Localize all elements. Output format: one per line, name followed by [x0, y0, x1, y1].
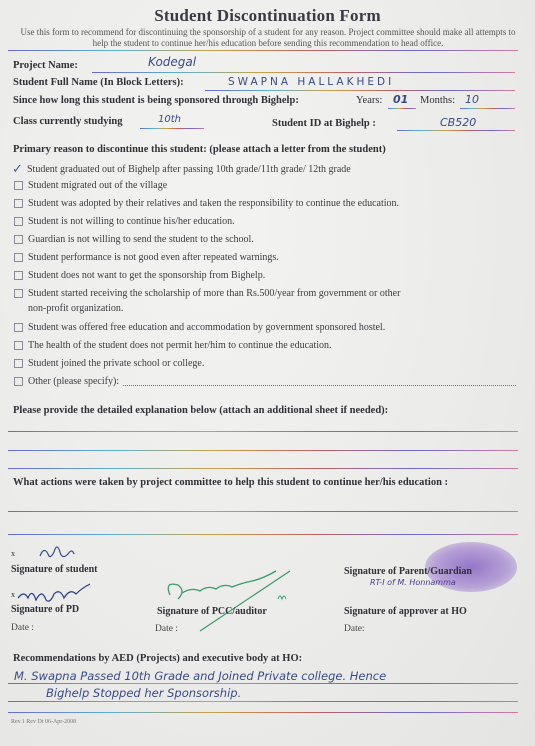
pcc-signature-scribble[interactable] — [160, 565, 295, 635]
reason-label: Student joined the private school or col… — [28, 358, 204, 369]
recommendations-line-1[interactable]: M. Swapna Passed 10th Grade and Joined P… — [14, 669, 386, 683]
reason-performance[interactable]: Student performance is not good even aft… — [14, 252, 279, 263]
underline — [8, 701, 518, 702]
reason-label: Student migrated out of the village — [28, 180, 167, 191]
checkbox[interactable] — [14, 359, 23, 368]
reason-hostel[interactable]: Student was offered free education and a… — [14, 322, 385, 333]
underline — [8, 683, 518, 684]
approver-signature-label: Signature of approver at HO — [344, 606, 467, 617]
checkbox[interactable] — [14, 323, 23, 332]
reasons-heading: Primary reason to discontinue this stude… — [13, 144, 386, 155]
recommendations-label: Recommendations by AED (Projects) and ex… — [13, 653, 302, 664]
actions-line[interactable] — [8, 511, 518, 512]
reason-not-willing[interactable]: Student is not willing to continue his/h… — [14, 216, 235, 227]
approver-date-label: Date: — [344, 624, 365, 634]
explanation-label: Please provide the detailed explanation … — [13, 405, 388, 416]
reason-label: Student was offered free education and a… — [28, 322, 385, 333]
pcc-signature-label: Signature of PCC/auditor — [157, 606, 267, 617]
project-name-label: Project Name: — [13, 60, 78, 71]
checkbox[interactable] — [14, 341, 23, 350]
reason-graduated[interactable]: ✓ Student graduated out of Bighelp after… — [12, 161, 351, 177]
reason-label: The health of the student does not permi… — [28, 340, 332, 351]
other-specify-field[interactable] — [123, 377, 516, 386]
checkbox[interactable] — [14, 377, 23, 386]
divider — [8, 50, 518, 51]
form-title: Student Discontinuation Form — [0, 6, 535, 26]
class-label: Class currently studying — [13, 116, 123, 127]
reason-no-sponsorship[interactable]: Student does not want to get the sponsor… — [14, 270, 265, 281]
reason-scholarship-cont: non-profit organization. — [28, 303, 123, 314]
form-page: Student Discontinuation Form Use this fo… — [0, 0, 535, 746]
underline — [460, 108, 515, 109]
underline — [8, 712, 518, 713]
pcc-date-label: Date : — [155, 624, 178, 634]
reason-label: Other (please specify): — [28, 376, 119, 387]
checkbox[interactable] — [14, 235, 23, 244]
explanation-line[interactable] — [8, 431, 518, 432]
underline — [92, 72, 515, 73]
student-id-field[interactable]: CB520 — [440, 116, 476, 129]
revision-footer: Rev.1 Rev Dt 06-Apr-2008 — [11, 719, 76, 725]
reason-health[interactable]: The health of the student does not permi… — [14, 340, 332, 351]
years-field[interactable]: 01 — [393, 93, 408, 106]
actions-label: What actions were taken by project commi… — [13, 477, 448, 488]
student-id-label: Student ID at Bighelp : — [272, 118, 376, 129]
reason-label: Guardian is not willing to send the stud… — [28, 234, 254, 245]
checkbox[interactable] — [14, 271, 23, 280]
reason-private-school[interactable]: Student joined the private school or col… — [14, 358, 204, 369]
parent-signature-label: Signature of Parent/Guardian — [344, 566, 472, 577]
reason-guardian[interactable]: Guardian is not willing to send the stud… — [14, 234, 254, 245]
student-sign-mark: x — [11, 549, 15, 558]
months-field[interactable]: 10 — [465, 93, 479, 106]
underline — [397, 130, 515, 131]
class-field[interactable]: 10th — [158, 114, 181, 125]
recommendations-line-2[interactable]: Bighelp Stopped her Sponsorship. — [46, 686, 241, 700]
checkbox[interactable] — [14, 199, 23, 208]
reason-label: Student is not willing to continue his/h… — [28, 216, 235, 227]
student-name-label: Student Full Name (In Block Letters): — [13, 77, 184, 88]
pd-date-label: Date : — [11, 623, 34, 633]
student-signature-label: Signature of student — [11, 564, 98, 575]
months-label: Months: — [420, 95, 455, 106]
actions-line[interactable] — [8, 534, 518, 535]
explanation-line[interactable] — [8, 468, 518, 469]
underline — [205, 90, 515, 91]
reason-label: Student graduated out of Bighelp after p… — [27, 164, 351, 175]
reason-label: Student performance is not good even aft… — [28, 252, 279, 263]
checkbox[interactable] — [14, 289, 23, 298]
reason-scholarship[interactable]: Student started receiving the scholarshi… — [14, 288, 400, 299]
underline — [140, 128, 204, 129]
pd-sign-mark: x — [11, 590, 15, 599]
parent-note: RT-I of M. Honnamma — [370, 578, 456, 587]
explanation-line[interactable] — [8, 450, 518, 451]
reason-other[interactable]: Other (please specify): — [14, 376, 516, 387]
checkbox[interactable] — [14, 253, 23, 262]
reason-label: Student does not want to get the sponsor… — [28, 270, 265, 281]
pd-signature-scribble[interactable] — [16, 580, 96, 606]
checkbox[interactable] — [14, 217, 23, 226]
pd-signature-label: Signature of PD — [11, 604, 79, 615]
form-intro: Use this form to recommend for discontin… — [12, 27, 524, 49]
underline — [388, 108, 416, 109]
project-name-field[interactable]: Kodegal — [148, 55, 196, 69]
reason-adopted[interactable]: Student was adopted by their relatives a… — [14, 198, 399, 209]
years-label: Years: — [356, 95, 382, 106]
checkbox[interactable] — [14, 181, 23, 190]
reason-label: Student was adopted by their relatives a… — [28, 198, 399, 209]
reason-label: Student started receiving the scholarshi… — [28, 288, 400, 299]
student-name-field[interactable]: SWAPNA HALLAKHEDI — [228, 76, 394, 88]
student-signature-scribble[interactable] — [36, 538, 76, 566]
checkmark-icon: ✓ — [12, 161, 25, 177]
reason-migrated[interactable]: Student migrated out of the village — [14, 180, 167, 191]
sponsorship-duration-label: Since how long this student is being spo… — [13, 95, 299, 106]
